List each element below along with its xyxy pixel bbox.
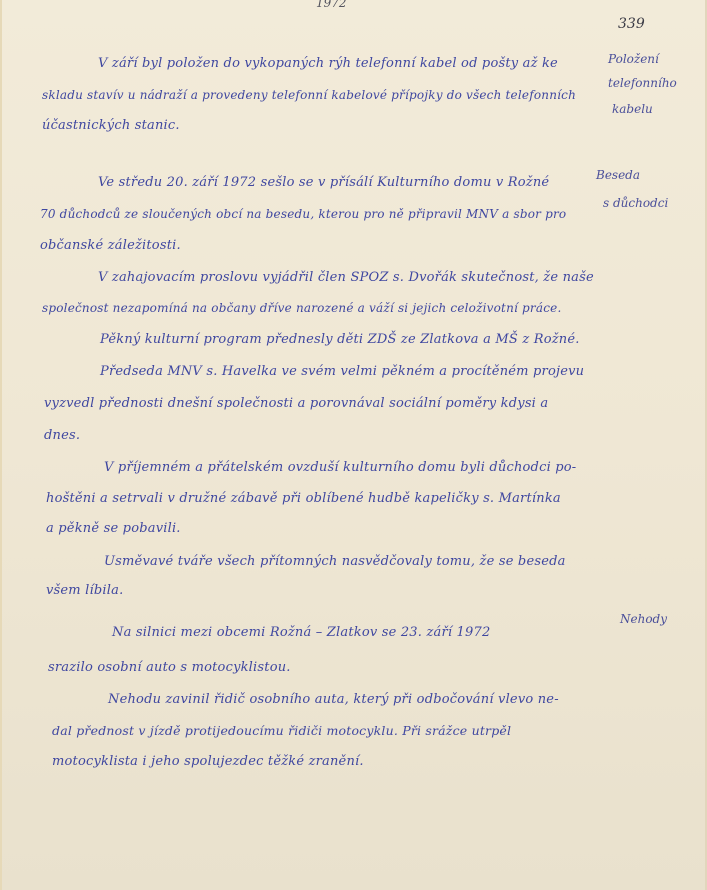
text-line: V příjemném a přátelském ovzduší kulturn… [104,460,576,475]
text-line: Nehodu zavinil řidič osobního auta, kter… [108,692,559,707]
margin-note: s důchodci [603,196,668,210]
margin-note: kabelu [612,102,653,116]
text-line: Ve středu 20. září 1972 sešlo se v přísá… [98,175,549,190]
handwritten-chronicle-page: 1972 339 V září byl položen do vykopanýc… [0,0,707,890]
text-line: motocyklista i jeho spolujezdec těžké zr… [52,754,364,769]
text-line: Na silnici mezi obcemi Rožná – Zlatkov s… [112,625,490,640]
text-line: vyzvedl přednosti dnešní společnosti a p… [44,396,548,411]
text-line: občanské záležitosti. [40,238,181,253]
margin-note: Beseda [596,168,640,182]
header-year: 1972 [316,0,347,10]
text-line: Předseda MNV s. Havelka ve svém velmi pě… [100,364,584,379]
text-line: skladu stavív u nádraží a provedeny tele… [42,88,576,102]
margin-note: telefonního [608,76,677,90]
text-line: hoštěni a setrvali v družné zábavě při o… [46,491,561,506]
text-line: všem líbila. [46,583,123,598]
text-line: V září byl položen do vykopaných rýh tel… [98,56,558,71]
text-line: účastnických stanic. [42,118,180,133]
margin-note: Nehody [620,612,667,626]
text-line: srazilo osobní auto s motocyklistou. [48,660,291,675]
text-line: Pěkný kulturní program přednesly děti ZD… [100,332,580,347]
text-line: společnost nezapomíná na občany dříve na… [42,301,561,315]
page-number: 339 [618,16,645,32]
text-line: dal přednost v jízdě protijedoucímu řidi… [52,723,511,738]
text-line: Usměvavé tváře všech přítomných nasvědčo… [104,554,566,569]
text-line: a pěkně se pobavili. [46,521,181,536]
text-line: 70 důchodců ze sloučených obcí na besedu… [40,207,566,221]
text-line: dnes. [44,428,80,443]
text-line: V zahajovacím proslovu vyjádřil člen SPO… [98,270,594,285]
margin-note: Položení [608,52,659,66]
